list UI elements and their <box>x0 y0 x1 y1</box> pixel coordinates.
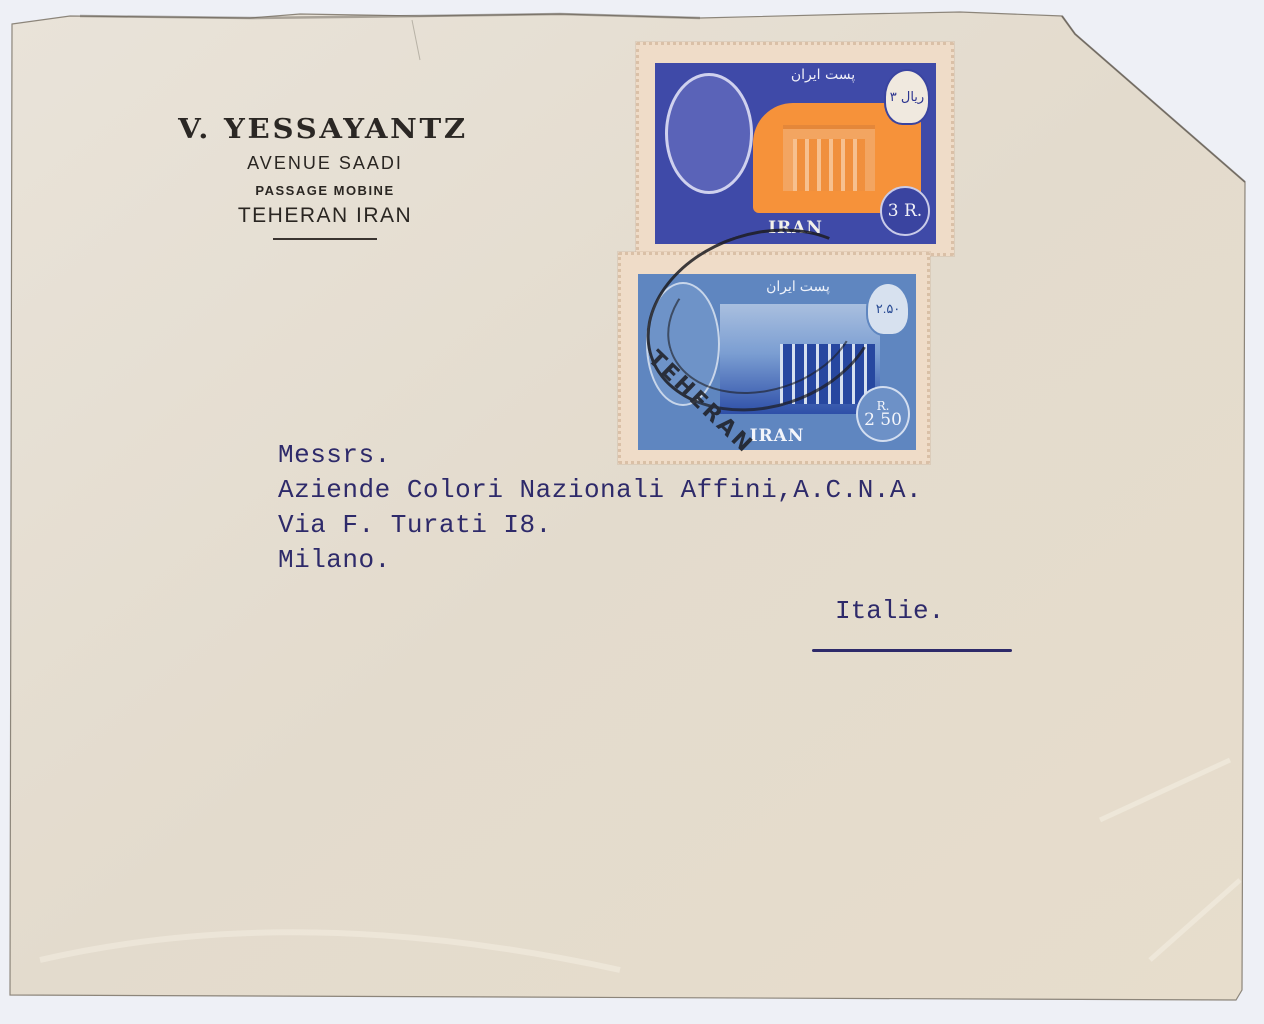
stamp-inscription: پست ایران <box>763 67 883 83</box>
recipient-salutation: Messrs. <box>278 438 922 473</box>
stamp-3-rials: پست ایران ریال ۳ 3 R. IRAN <box>636 42 954 256</box>
building-icon <box>783 125 875 191</box>
sender-name: V. YESSAYANTZ <box>102 114 545 145</box>
recipient-company: Aziende Colori Nazionali Affini,A.C.N.A. <box>278 473 922 508</box>
sender-building: PASSAGE MOBINE <box>200 183 450 198</box>
sender-underline <box>273 238 377 240</box>
sender-address: AVENUE SAADI PASSAGE MOBINE TEHERAN IRAN <box>200 153 450 240</box>
stamp-value-native: ریال ۳ <box>884 69 930 125</box>
recipient-street: Via F. Turati I8. <box>278 508 922 543</box>
stamp-frame: پست ایران ریال ۳ 3 R. IRAN <box>655 63 936 244</box>
envelope: V. YESSAYANTZ AVENUE SAADI PASSAGE MOBIN… <box>0 0 1264 1024</box>
sender-letterhead: V. YESSAYANTZ <box>118 114 528 145</box>
sender-street: AVENUE SAADI <box>200 153 450 174</box>
shah-portrait-icon <box>665 73 753 194</box>
recipient-address: Messrs. Aziende Colori Nazionali Affini,… <box>278 438 922 578</box>
recipient-country: Italie. <box>835 596 944 626</box>
recipient-city: Milano. <box>278 543 922 578</box>
sender-city: TEHERAN IRAN <box>200 204 450 228</box>
recipient-country-underline <box>812 649 1012 652</box>
